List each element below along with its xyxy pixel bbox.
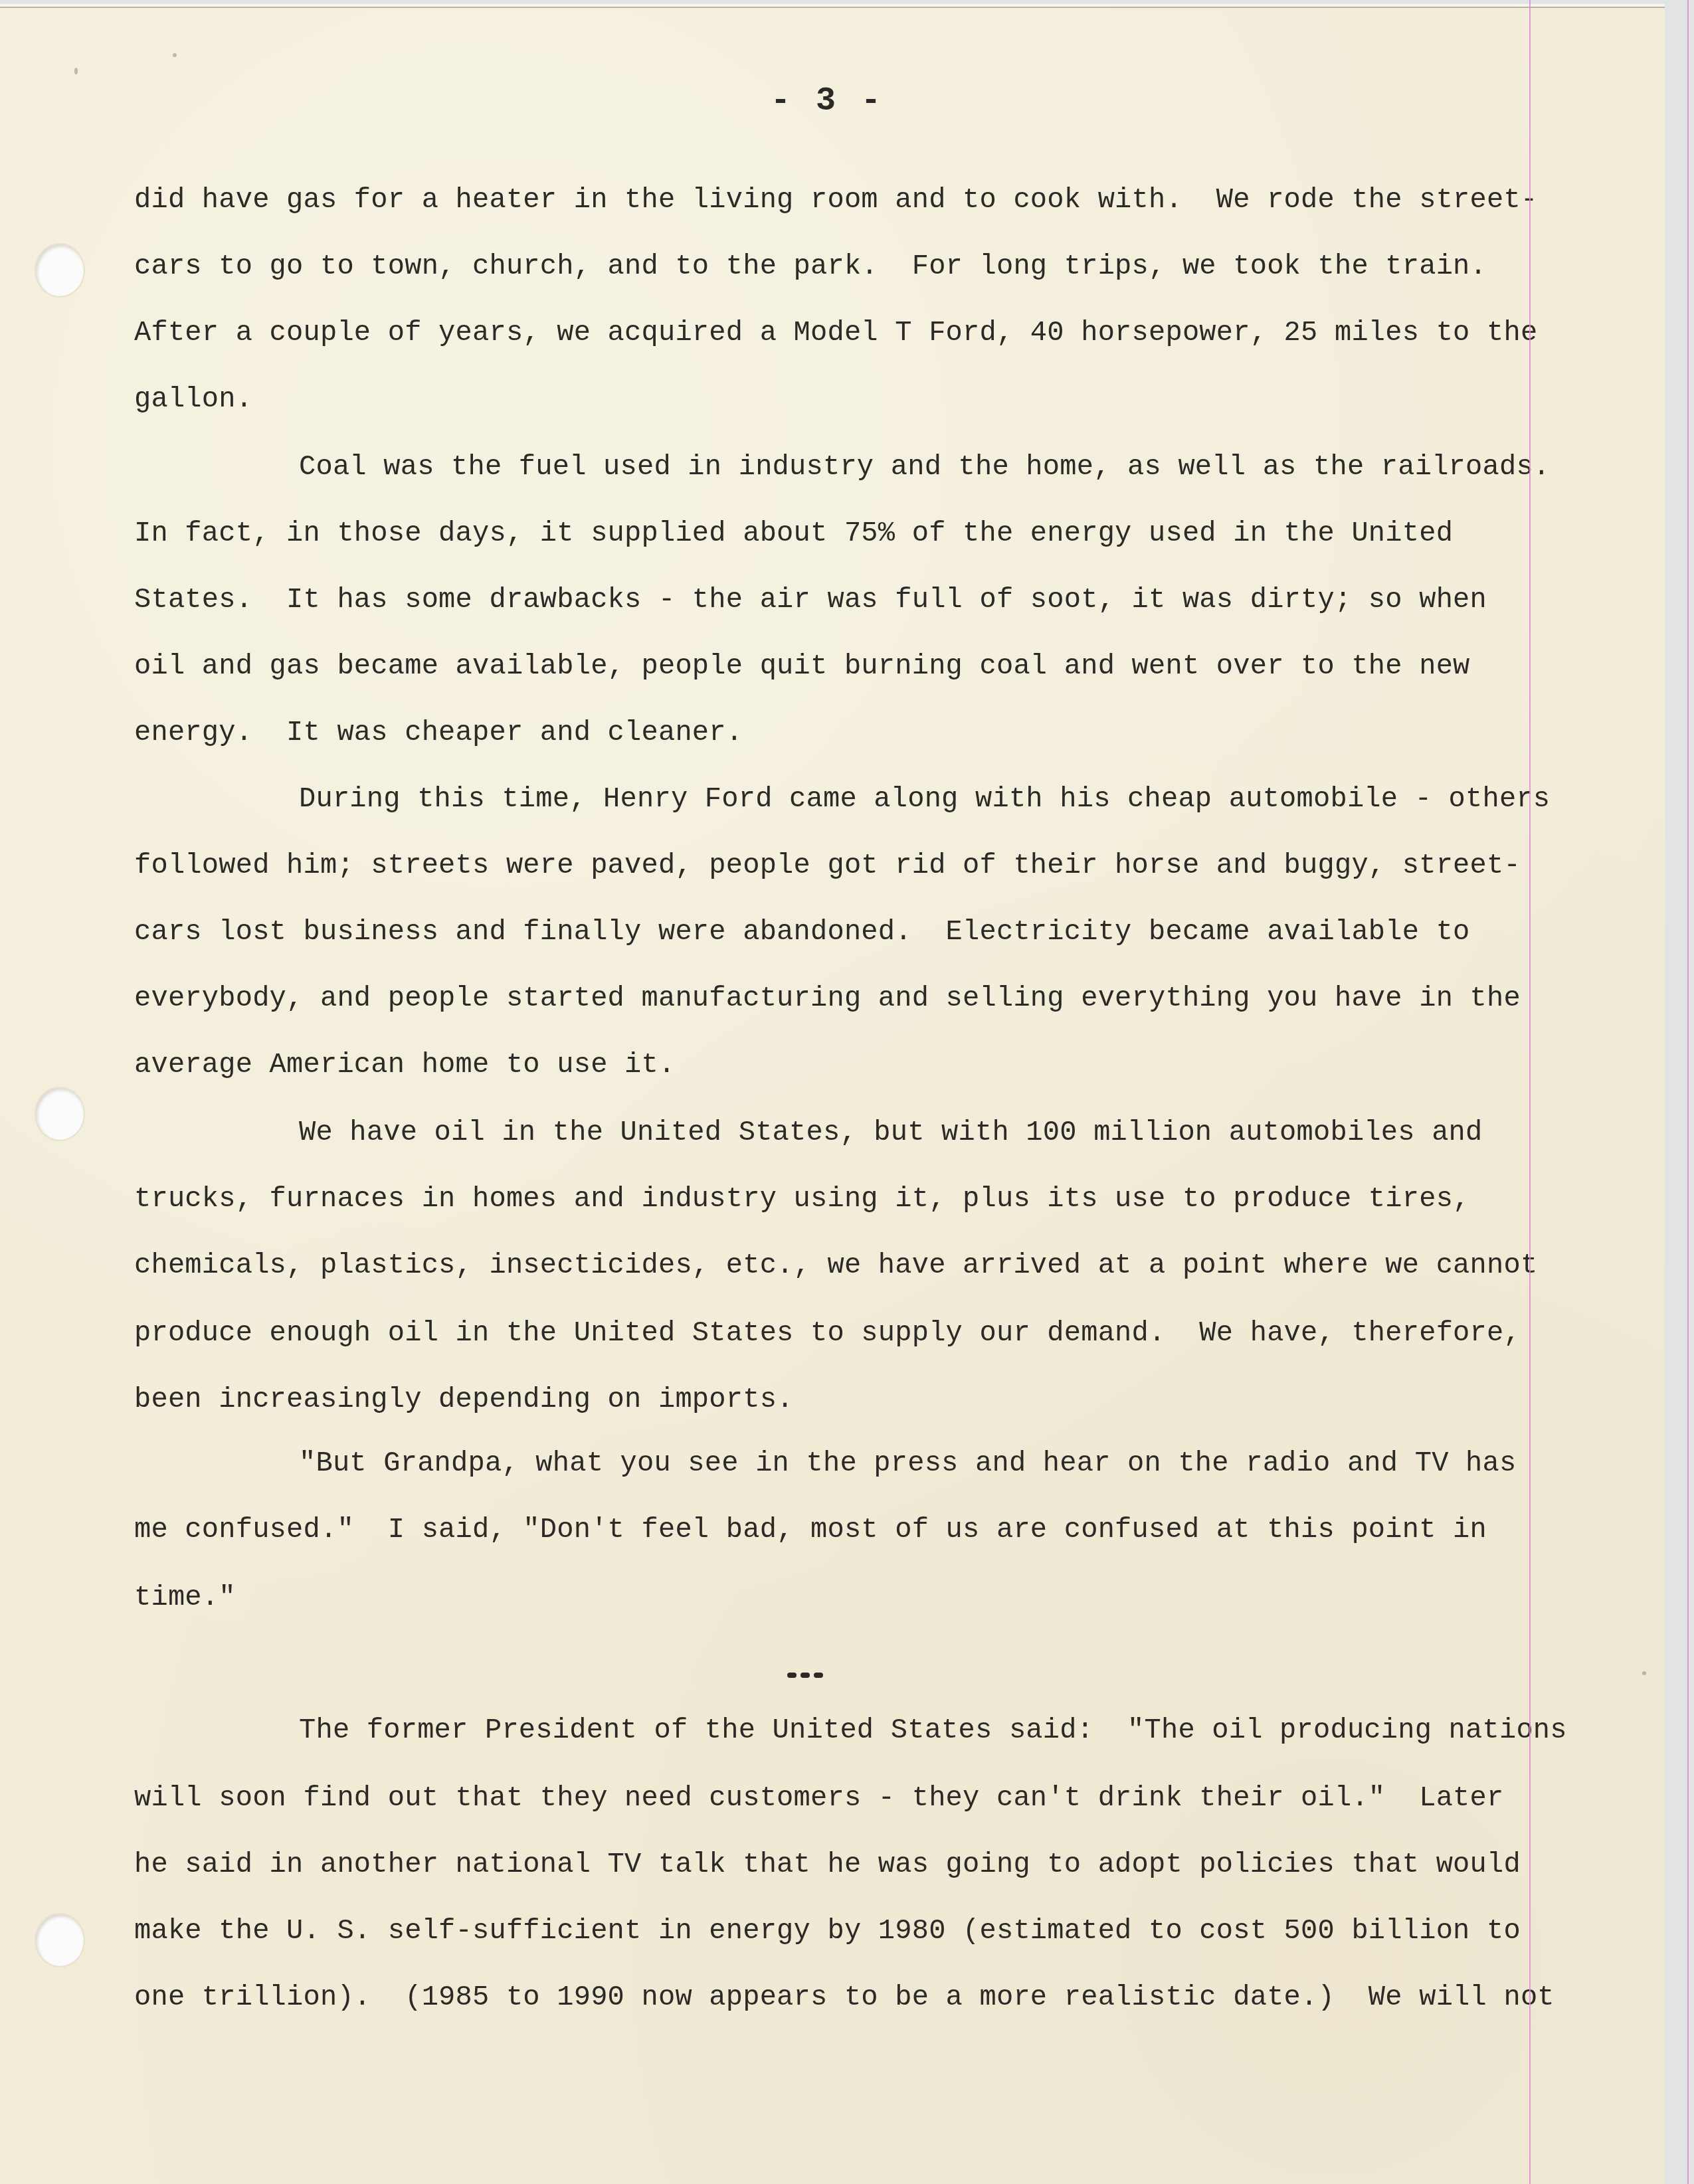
text-line: We have oil in the United States, but wi… [299, 1116, 1482, 1149]
text-line: one trillion). (1985 to 1990 now appears… [134, 1981, 1554, 2014]
text-line: After a couple of years, we acquired a M… [134, 316, 1537, 349]
text-line: cars to go to town, church, and to the p… [134, 250, 1487, 283]
text-line: me confused." I said, "Don't feel bad, m… [134, 1513, 1487, 1546]
text-line: energy. It was cheaper and cleaner. [134, 716, 743, 749]
paper-speck [1642, 1671, 1646, 1675]
punch-hole-top [36, 244, 84, 296]
separator-dash [814, 1673, 823, 1678]
text-line: make the U. S. self-sufficient in energy… [134, 1914, 1521, 1948]
text-line: trucks, furnaces in homes and industry u… [134, 1182, 1470, 1216]
separator-dash [787, 1673, 797, 1678]
text-line: followed him; streets were paved, people… [134, 849, 1521, 882]
punch-hole-bottom [36, 1914, 84, 1966]
punch-hole-middle [36, 1088, 84, 1140]
text-line: The former President of the United State… [299, 1714, 1567, 1747]
text-line: "But Grandpa, what you see in the press … [299, 1447, 1516, 1480]
text-line: produce enough oil in the United States … [134, 1317, 1521, 1350]
section-separator [787, 1673, 823, 1679]
typewritten-page: - 3 - did have gas for a heater in the l… [0, 4, 1665, 2184]
text-line: States. It has some drawbacks - the air … [134, 583, 1487, 616]
text-line: Coal was the fuel used in industry and t… [299, 450, 1550, 484]
text-line: oil and gas became available, people qui… [134, 650, 1470, 683]
page-number: - 3 - [751, 82, 903, 120]
text-line: will soon find out that they need custom… [134, 1781, 1503, 1815]
text-line: average American home to use it. [134, 1048, 675, 1081]
text-line: In fact, in those days, it supplied abou… [134, 517, 1453, 550]
text-line: cars lost business and finally were aban… [134, 915, 1470, 949]
text-line: time." [134, 1581, 236, 1614]
text-line: During this time, Henry Ford came along … [299, 782, 1550, 816]
text-line: gallon. [134, 383, 252, 416]
text-line: chemicals, plastics, insecticides, etc.,… [134, 1249, 1537, 1282]
text-line: did have gas for a heater in the living … [134, 183, 1537, 217]
scan-edge-line [1687, 0, 1689, 2184]
right-margin-line [1529, 0, 1531, 2184]
text-line: he said in another national TV talk that… [134, 1848, 1521, 1881]
text-line: everybody, and people started manufactur… [134, 982, 1521, 1015]
paper-speck [173, 53, 177, 57]
text-line: been increasingly depending on imports. [134, 1383, 794, 1416]
page-top-edge [0, 4, 1665, 8]
separator-dash [800, 1673, 810, 1678]
paper-speck [74, 68, 78, 74]
